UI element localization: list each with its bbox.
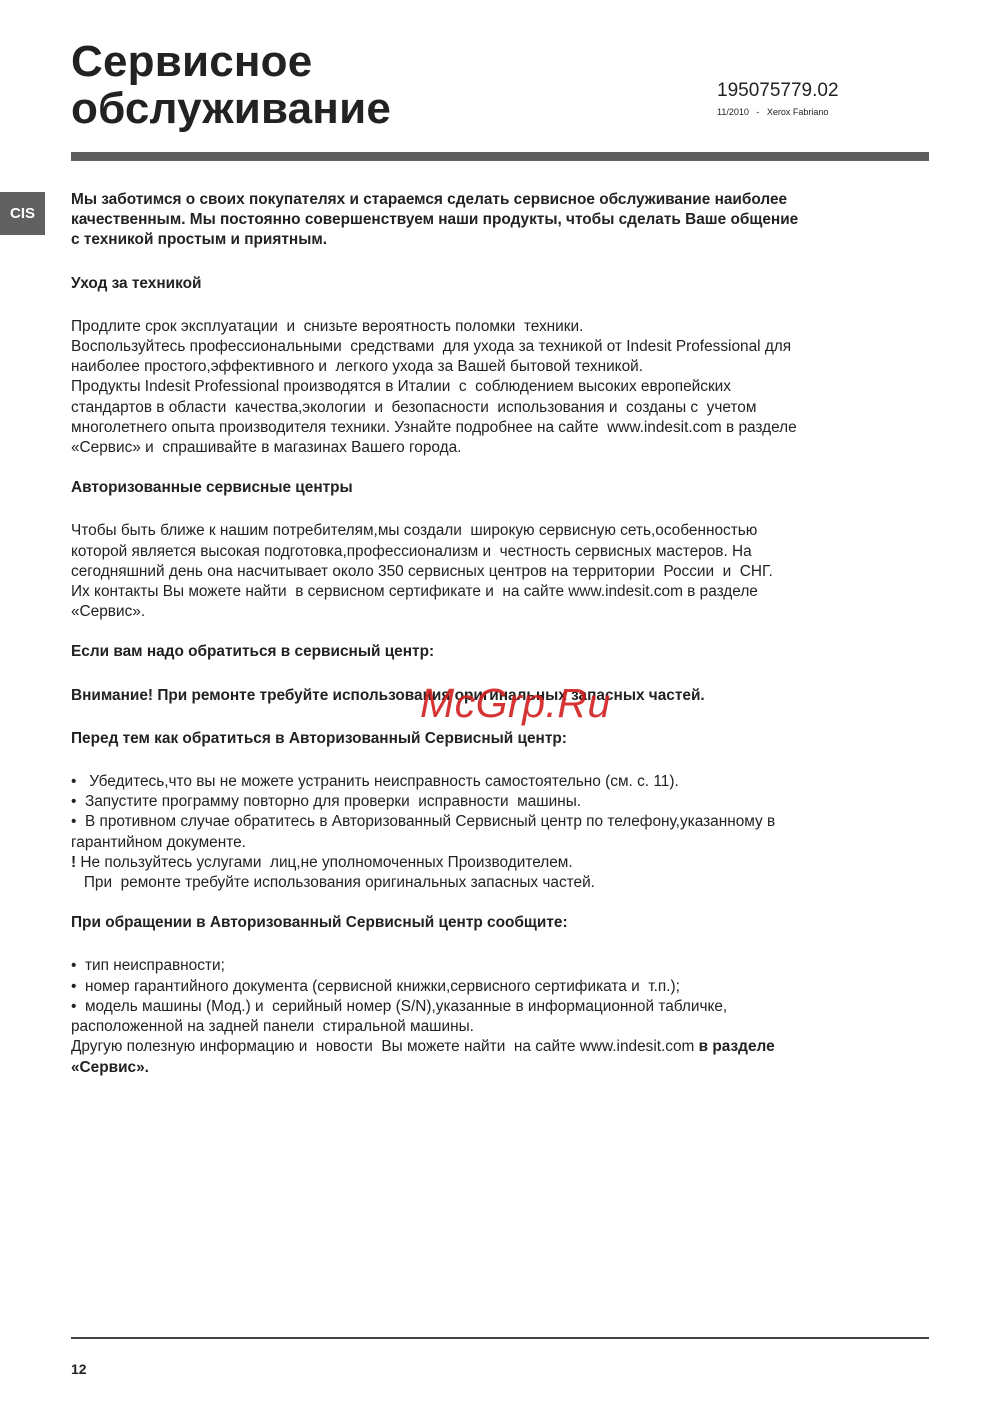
list-item-continuation: гарантийном документе. bbox=[71, 833, 941, 853]
footer-divider bbox=[71, 1337, 929, 1339]
section-heading-contact: Если вам надо обратиться в сервисный цен… bbox=[71, 642, 941, 662]
list-item: • Запустите программу повторно для прове… bbox=[71, 792, 941, 812]
service-centers-paragraph: Чтобы быть ближе к нашим потребителям,мы… bbox=[71, 521, 941, 622]
list-item: • номер гарантийного документа (сервисно… bbox=[71, 977, 941, 997]
final-info-bold: в разделе bbox=[699, 1038, 775, 1055]
text-line: которой является высокая подготовка,проф… bbox=[71, 542, 941, 562]
notice-line-2: При ремонте требуйте использования ориги… bbox=[71, 873, 941, 893]
header-divider bbox=[71, 152, 929, 161]
list-item: • тип неисправности; bbox=[71, 956, 941, 976]
document-code: 195075779.02 bbox=[717, 80, 839, 102]
title-line-1: Сервисное bbox=[71, 38, 391, 85]
page-number: 12 bbox=[71, 1361, 87, 1377]
report-list: • тип неисправности; • номер гарантийног… bbox=[71, 956, 941, 1077]
text-line: Чтобы быть ближе к нашим потребителям,мы… bbox=[71, 521, 941, 541]
before-contact-list: • Убедитесь,что вы не можете устранить н… bbox=[71, 772, 941, 893]
intro-line: качественным. Мы постоянно совершенствуе… bbox=[71, 210, 941, 230]
intro-line: Мы заботимся о своих покупателях и стара… bbox=[71, 190, 941, 210]
watermark: McGrp.Ru bbox=[420, 680, 611, 727]
list-item-continuation: расположенной на задней панели стирально… bbox=[71, 1017, 941, 1037]
notice-text: Не пользуйтесь услугами лиц,не уполномоч… bbox=[76, 854, 573, 871]
list-item: • Убедитесь,что вы не можете устранить н… bbox=[71, 772, 941, 792]
text-line: Их контакты Вы можете найти в сервисном … bbox=[71, 582, 941, 602]
list-item: • модель машины (Мод.) и серийный номер … bbox=[71, 997, 941, 1017]
text-line: сегодняшний день она насчитывает около 3… bbox=[71, 562, 941, 582]
text-line: «Сервис». bbox=[71, 602, 941, 622]
notice-line: ! Не пользуйтесь услугами лиц,не уполном… bbox=[71, 853, 941, 873]
section-heading-care: Уход за техникой bbox=[71, 274, 941, 294]
intro-line: с техникой простым и приятным. bbox=[71, 230, 941, 250]
page-title: Сервисное обслуживание bbox=[71, 38, 391, 132]
language-tab: CIS bbox=[0, 192, 45, 235]
final-info-text: Другую полезную информацию и новости Вы … bbox=[71, 1038, 699, 1055]
text-line: стандартов в области качества,экологии и… bbox=[71, 398, 941, 418]
care-paragraph: Продлите срок эксплуатации и снизьте вер… bbox=[71, 317, 941, 458]
text-line: Воспользуйтесь профессиональными средств… bbox=[71, 337, 941, 357]
text-line: многолетнего опыта производителя техники… bbox=[71, 418, 941, 438]
text-line: «Сервис» и спрашивайте в магазинах Вашег… bbox=[71, 438, 941, 458]
document-body: Мы заботимся о своих покупателях и стара… bbox=[71, 190, 941, 1098]
list-item: • В противном случае обратитесь в Автори… bbox=[71, 812, 941, 832]
final-info-line: Другую полезную информацию и новости Вы … bbox=[71, 1037, 941, 1057]
intro-paragraph: Мы заботимся о своих покупателях и стара… bbox=[71, 190, 941, 251]
title-line-2: обслуживание bbox=[71, 85, 391, 132]
document-meta: 11/2010 - Xerox Fabriano bbox=[717, 107, 828, 117]
final-info-bold-line2: «Сервис». bbox=[71, 1058, 941, 1078]
text-line: Продукты Indesit Professional производят… bbox=[71, 377, 941, 397]
section-heading-before-contact: Перед тем как обратиться в Авторизованны… bbox=[71, 729, 941, 749]
section-heading-service-centers: Авторизованные сервисные центры bbox=[71, 478, 941, 498]
text-line: Продлите срок эксплуатации и снизьте вер… bbox=[71, 317, 941, 337]
section-heading-report: При обращении в Авторизованный Сервисный… bbox=[71, 913, 941, 933]
text-line: наиболее простого,эффективного и легкого… bbox=[71, 357, 941, 377]
